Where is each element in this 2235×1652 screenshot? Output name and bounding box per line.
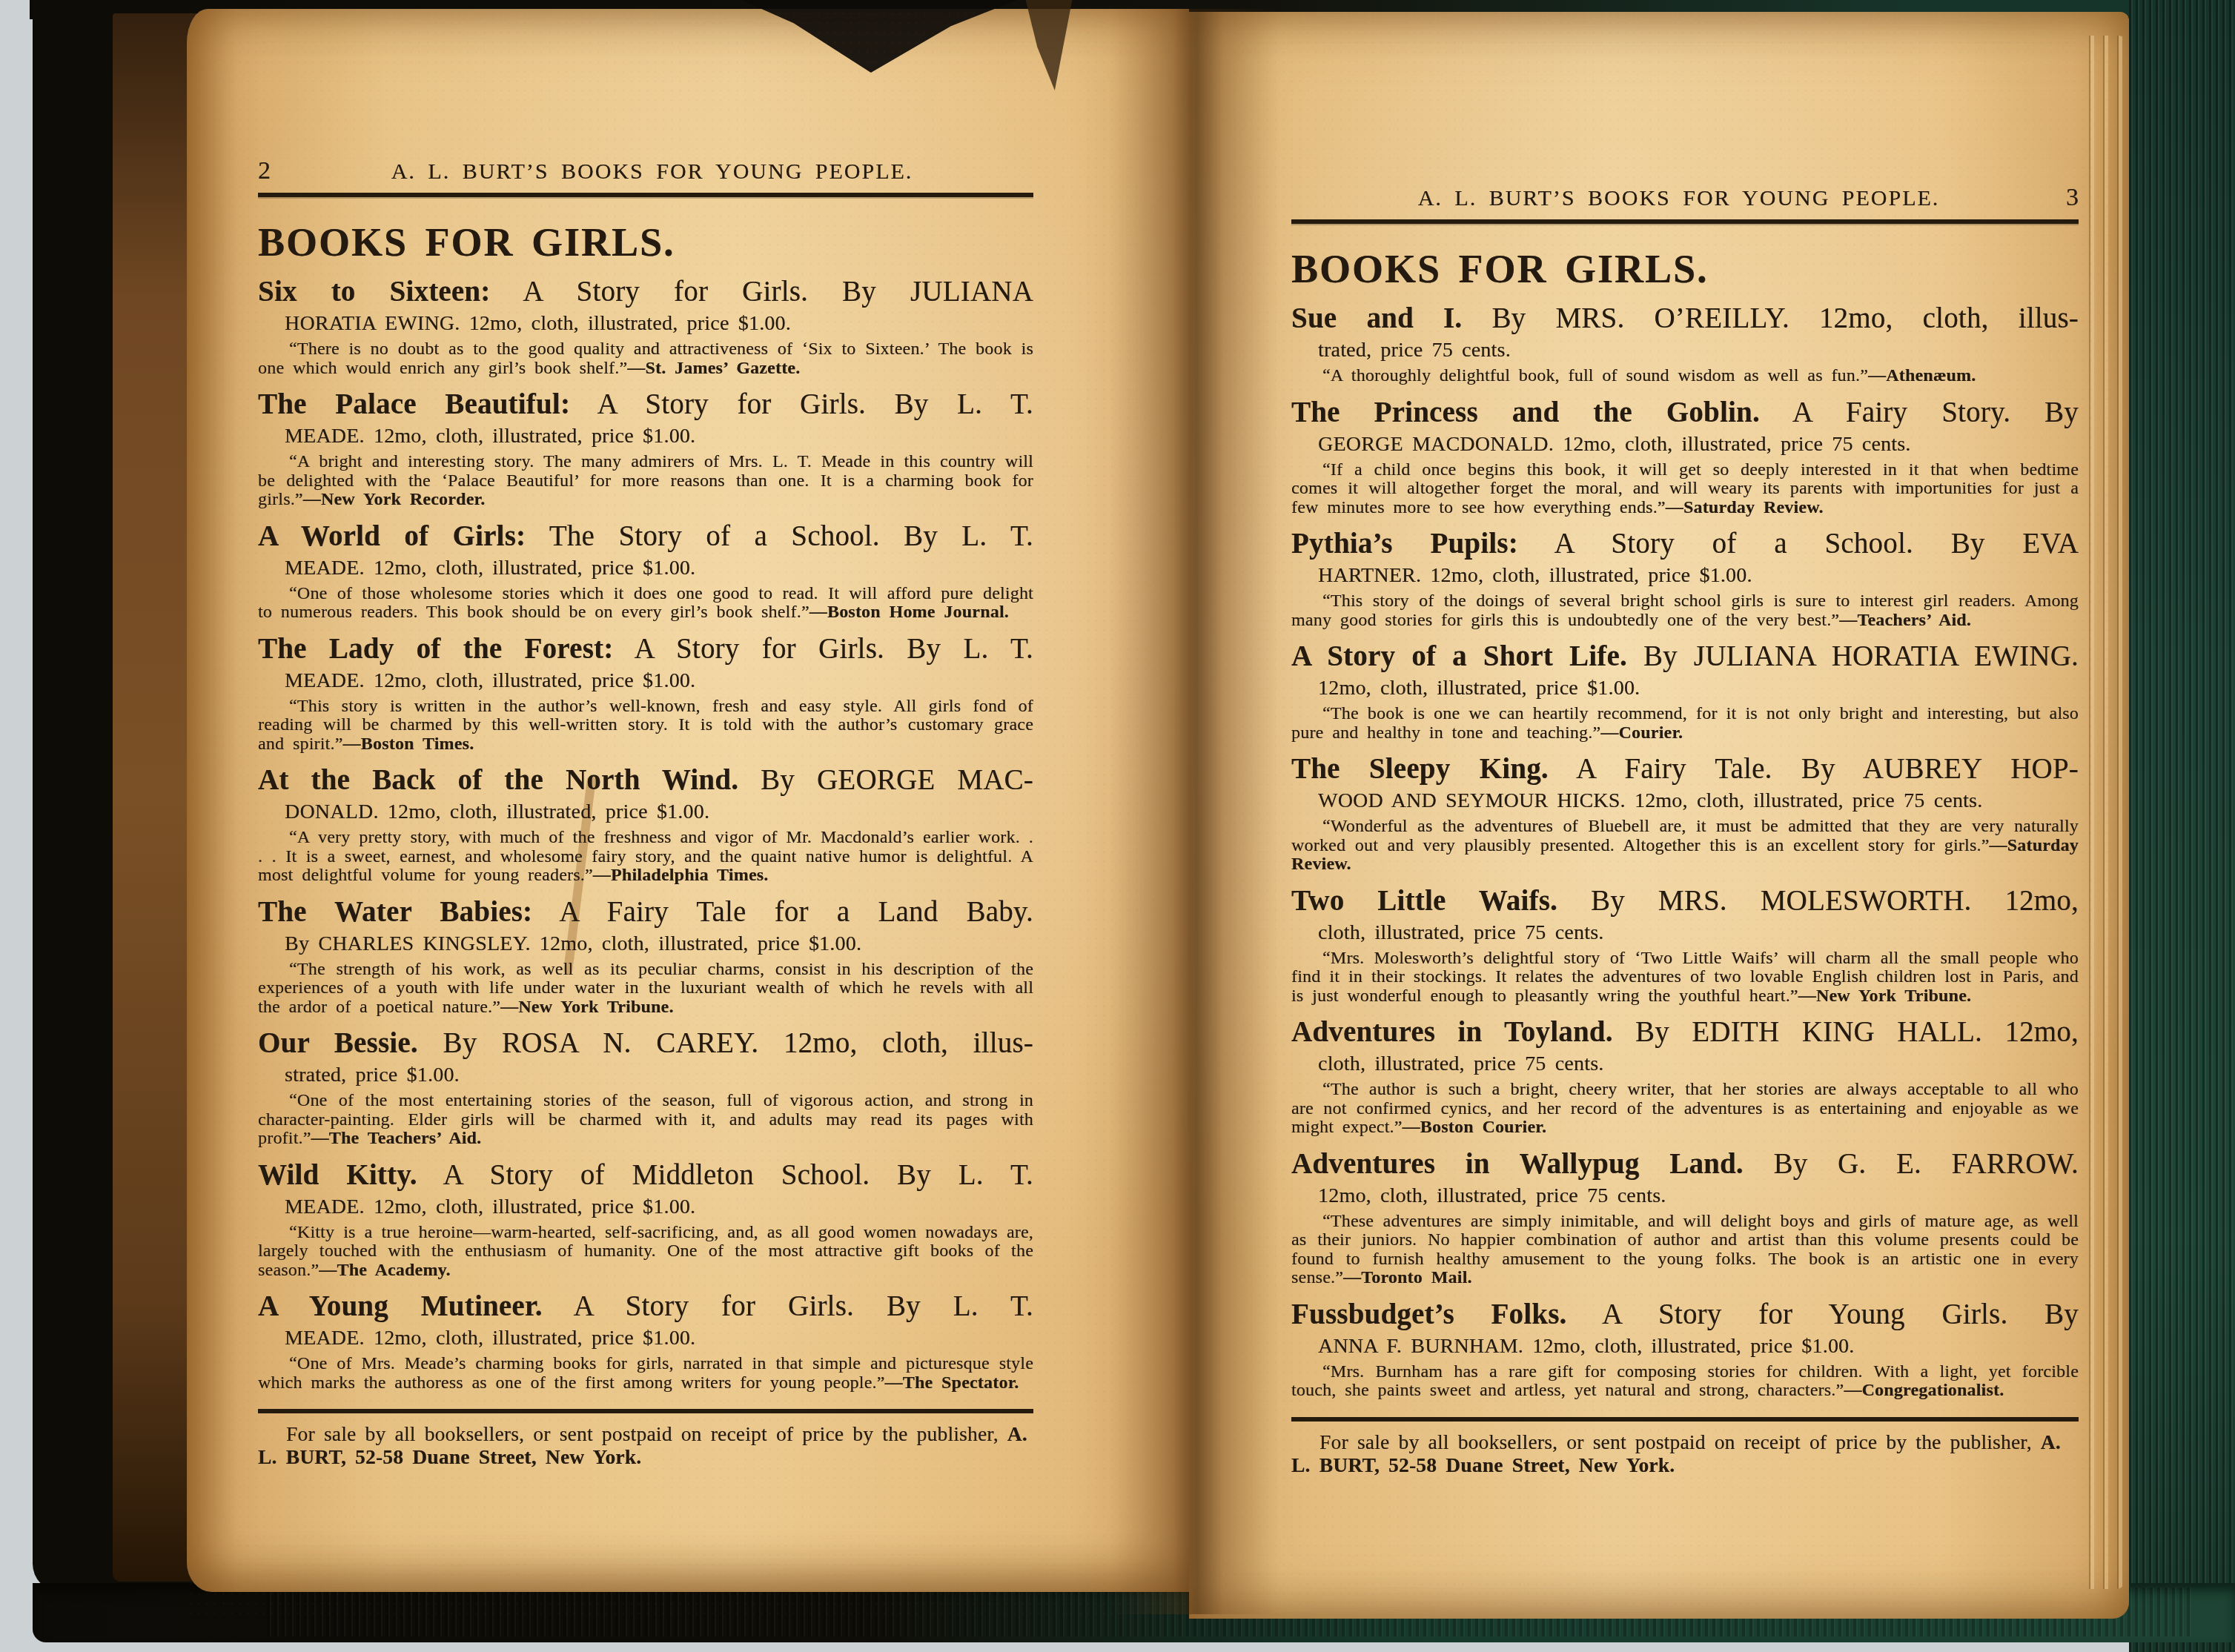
entry-meta: GEORGE MACDONALD. 12mo, cloth, illustrat…	[1291, 433, 2079, 456]
right-entries-list: Sue and I. By MRS. O’REILLY. 12mo, cloth…	[1291, 302, 2079, 1401]
entry-heading-rest: A Story for Girls. By JULIANA	[490, 276, 1033, 308]
entry-quote: “If a child once begins this book, it wi…	[1291, 461, 2079, 518]
entry-quote: “The author is such a bright, cheery wri…	[1291, 1081, 2079, 1138]
section-title: BOOKS FOR GIRLS.	[258, 219, 1033, 265]
entry-title: Wild Kitty.	[258, 1159, 417, 1191]
entry-heading: At the Back of the North Wind. By GEORGE…	[258, 763, 1033, 797]
book-entry: The Palace Beautiful: A Story for Girls.…	[258, 388, 1033, 510]
entry-meta: HORATIA EWING. 12mo, cloth, illustrated,…	[258, 312, 1033, 335]
entry-quote: “The book is one we can heartily recomme…	[1291, 705, 2079, 743]
entry-quote-text: “The book is one we can heartily recomme…	[1291, 704, 2079, 743]
entry-title: The Lady of the Forest:	[258, 633, 613, 665]
entry-quote-source: —New York Tribune.	[500, 998, 674, 1017]
entry-quote-source: —Saturday Review.	[1666, 498, 1824, 517]
page-number: 3	[2066, 184, 2079, 212]
footer-text: For sale by all booksellers, or sent pos…	[286, 1422, 1007, 1445]
entry-heading: The Sleepy King. A Fairy Tale. By AUBREY…	[1291, 752, 2079, 786]
entry-quote: “A bright and interesting story. The man…	[258, 453, 1033, 510]
page-number: 2	[258, 157, 271, 185]
entry-title: The Princess and the Goblin.	[1291, 397, 1760, 428]
entry-heading-rest: A Story for Young Girls. By	[1567, 1298, 2079, 1330]
book-entry: Six to Sixteen: A Story for Girls. By JU…	[258, 275, 1033, 378]
book-entry: Adventures in Wallypug Land. By G. E. FA…	[1291, 1147, 2079, 1288]
entry-quote-source: —Boston Times.	[343, 734, 474, 754]
entry-title: A Story of a Short Life.	[1291, 640, 1627, 672]
entry-title: The Sleepy King.	[1291, 753, 1549, 785]
entry-heading-rest: A Fairy Story. By	[1760, 397, 2079, 428]
entry-title: A World of Girls:	[258, 520, 526, 552]
book-cloth-right-edge	[2129, 0, 2235, 1652]
entry-title: Six to Sixteen:	[258, 276, 490, 308]
entry-title: Our Bessie.	[258, 1027, 418, 1059]
entry-heading: The Princess and the Goblin. A Fairy Sto…	[1291, 396, 2079, 430]
entry-heading: A Story of a Short Life. By JULIANA HORA…	[1291, 640, 2079, 674]
entry-heading: The Palace Beautiful: A Story for Girls.…	[258, 388, 1033, 422]
right-page-footer: For sale by all booksellers, or sent pos…	[1291, 1417, 2079, 1476]
entry-heading: The Water Babies: A Fairy Tale for a Lan…	[258, 895, 1033, 929]
entry-title: Sue and I.	[1291, 302, 1462, 334]
entry-heading: A World of Girls: The Story of a School.…	[258, 520, 1033, 554]
entry-heading-rest: By G. E. FARROW.	[1744, 1148, 2079, 1180]
entry-heading: Sue and I. By MRS. O’REILLY. 12mo, cloth…	[1291, 302, 2079, 336]
left-page-content: 2 A. L. BURT’S BOOKS FOR YOUNG PEOPLE. B…	[258, 157, 1033, 1489]
book-entry: Fussbudget’s Folks. A Story for Young Gi…	[1291, 1298, 2079, 1401]
header-rule	[258, 193, 1033, 197]
entry-meta: MEADE. 12mo, cloth, illustrated, price $…	[258, 425, 1033, 448]
entry-quote-text: “Wonderful as the adventures of Bluebell…	[1291, 817, 2079, 855]
entry-quote-source: —The Spectator.	[885, 1373, 1019, 1393]
entry-quote: “A very pretty story, with much of the f…	[258, 829, 1033, 886]
entry-heading: Adventures in Wallypug Land. By G. E. FA…	[1291, 1147, 2079, 1181]
entry-meta: MEADE. 12mo, cloth, illustrated, price $…	[258, 1195, 1033, 1218]
entry-meta: WOOD AND SEYMOUR HICKS. 12mo, cloth, ill…	[1291, 789, 2079, 812]
entry-heading-rest: A Story of Middleton School. By L. T.	[417, 1159, 1033, 1191]
entry-meta: 12mo, cloth, illustrated, price 75 cents…	[1291, 1184, 2079, 1207]
header-rule	[1291, 219, 2079, 224]
entry-heading-rest: A Story for Girls. By L. T.	[570, 388, 1033, 420]
entry-heading: Six to Sixteen: A Story for Girls. By JU…	[258, 275, 1033, 309]
entry-meta: MEADE. 12mo, cloth, illustrated, price $…	[258, 669, 1033, 692]
left-entries-list: Six to Sixteen: A Story for Girls. By JU…	[258, 275, 1033, 1393]
entry-heading-rest: A Fairy Tale. By AUBREY HOP-	[1549, 753, 2079, 785]
entry-quote: “One of those wholesome stories which it…	[258, 585, 1033, 623]
entry-quote: “The strength of his work, as well as it…	[258, 961, 1033, 1018]
book-entry: Wild Kitty. A Story of Middleton School.…	[258, 1158, 1033, 1281]
entry-quote: “Wonderful as the adventures of Bluebell…	[1291, 817, 2079, 875]
entry-title: At the Back of the North Wind.	[258, 764, 738, 796]
entry-heading: Wild Kitty. A Story of Middleton School.…	[258, 1158, 1033, 1192]
entry-quote-source: —Courier.	[1600, 723, 1683, 743]
entry-heading: Our Bessie. By ROSA N. CAREY. 12mo, clot…	[258, 1026, 1033, 1061]
entry-heading-rest: A Fairy Tale for a Land Baby.	[532, 896, 1033, 928]
entry-heading-rest: By ROSA N. CAREY. 12mo, cloth, illus-	[418, 1027, 1033, 1059]
entry-title: Two Little Waifs.	[1291, 885, 1557, 917]
entry-meta: ANNA F. BURNHAM. 12mo, cloth, illustrate…	[1291, 1335, 2079, 1358]
entry-heading: Two Little Waifs. By MRS. MOLESWORTH. 12…	[1291, 884, 2079, 918]
footer-text: For sale by all booksellers, or sent pos…	[1320, 1430, 2041, 1453]
entry-quote-source: —Boston Home Journal.	[809, 603, 1009, 622]
entry-quote-source: —Teachers’ Aid.	[1839, 611, 1971, 630]
book-entry: Two Little Waifs. By MRS. MOLESWORTH. 12…	[1291, 884, 2079, 1006]
entry-title: The Palace Beautiful:	[258, 388, 570, 420]
entry-quote: “These adventures are simply inimitable,…	[1291, 1213, 2079, 1288]
entry-quote-source: —New York Recorder.	[303, 490, 486, 509]
entry-quote: “There is no doubt as to the good qualit…	[258, 340, 1033, 378]
entry-quote: “One of Mrs. Meade’s charming books for …	[258, 1355, 1033, 1393]
entry-quote-source: —Congregationalist.	[1844, 1381, 2004, 1400]
book-entry: The Water Babies: A Fairy Tale for a Lan…	[258, 895, 1033, 1018]
book-entry: Our Bessie. By ROSA N. CAREY. 12mo, clot…	[258, 1026, 1033, 1149]
entry-heading: A Young Mutineer. A Story for Girls. By …	[258, 1290, 1033, 1324]
entry-heading-rest: A Story for Girls. By L. T.	[613, 633, 1033, 665]
entry-heading: Adventures in Toyland. By EDITH KING HAL…	[1291, 1015, 2079, 1049]
entry-title: Adventures in Toyland.	[1291, 1016, 1613, 1048]
entry-quote: “One of the most entertaining stories of…	[258, 1092, 1033, 1149]
book-entry: A Story of a Short Life. By JULIANA HORA…	[1291, 640, 2079, 743]
entry-quote-source: —St. James’ Gazette.	[627, 359, 800, 378]
left-page-header: 2 A. L. BURT’S BOOKS FOR YOUNG PEOPLE.	[258, 157, 1033, 185]
book-entry: A World of Girls: The Story of a School.…	[258, 520, 1033, 623]
entry-quote: “Mrs. Burnham has a rare gift for compos…	[1291, 1363, 2079, 1401]
book-entry: Sue and I. By MRS. O’REILLY. 12mo, cloth…	[1291, 302, 2079, 386]
entry-meta: MEADE. 12mo, cloth, illustrated, price $…	[258, 1327, 1033, 1350]
entry-quote-source: —Toronto Mail.	[1343, 1268, 1472, 1287]
book-entry: The Princess and the Goblin. A Fairy Sto…	[1291, 396, 2079, 518]
entry-meta: strated, price $1.00.	[258, 1064, 1033, 1087]
entry-quote-source: —Philadelphia Times.	[593, 866, 769, 885]
entry-quote-source: —The Teachers’ Aid.	[311, 1129, 482, 1148]
entry-quote-source: —Boston Courier.	[1403, 1118, 1547, 1137]
entry-title: Adventures in Wallypug Land.	[1291, 1148, 1744, 1180]
book-entry: Pythia’s Pupils: A Story of a School. By…	[1291, 527, 2079, 630]
entry-quote: “This story is written in the author’s w…	[258, 697, 1033, 754]
entry-heading: Fussbudget’s Folks. A Story for Young Gi…	[1291, 1298, 2079, 1332]
entry-title: The Water Babies:	[258, 896, 532, 928]
entry-meta: 12mo, cloth, illustrated, price $1.00.	[1291, 677, 2079, 700]
entry-title: Fussbudget’s Folks.	[1291, 1298, 1567, 1330]
entry-heading-rest: A Story of a School. By EVA	[1518, 528, 2079, 560]
book-entry: A Young Mutineer. A Story for Girls. By …	[258, 1290, 1033, 1393]
entry-quote: “This story of the doings of several bri…	[1291, 592, 2079, 630]
entry-heading: Pythia’s Pupils: A Story of a School. By…	[1291, 527, 2079, 561]
entry-quote-text: “A thoroughly delightful book, full of s…	[1322, 366, 1868, 385]
book-entry: The Sleepy King. A Fairy Tale. By AUBREY…	[1291, 752, 2079, 875]
entry-meta: DONALD. 12mo, cloth, illustrated, price …	[258, 800, 1033, 823]
entry-meta: cloth, illustrated, price 75 cents.	[1291, 1052, 2079, 1075]
entry-quote: “Mrs. Molesworth’s delightful story of ‘…	[1291, 949, 2079, 1006]
running-title: A. L. BURT’S BOOKS FOR YOUNG PEOPLE.	[271, 159, 1033, 185]
entry-meta: By CHARLES KINGSLEY. 12mo, cloth, illust…	[258, 932, 1033, 955]
right-page-header: A. L. BURT’S BOOKS FOR YOUNG PEOPLE. 3	[1291, 184, 2079, 212]
book-entry: Adventures in Toyland. By EDITH KING HAL…	[1291, 1015, 2079, 1138]
entry-heading-rest: By MRS. O’REILLY. 12mo, cloth, illus-	[1462, 302, 2079, 334]
entry-meta: MEADE. 12mo, cloth, illustrated, price $…	[258, 557, 1033, 580]
entry-quote-source: —Athenæum.	[1868, 366, 1976, 385]
entry-heading-rest: A Story for Girls. By L. T.	[543, 1290, 1033, 1322]
entry-quote-source: —The Academy.	[319, 1261, 450, 1280]
entry-heading-rest: By MRS. MOLESWORTH. 12mo,	[1557, 885, 2079, 917]
section-title: BOOKS FOR GIRLS.	[1291, 246, 2079, 292]
book-entry: The Lady of the Forest: A Story for Girl…	[258, 632, 1033, 754]
entry-heading: The Lady of the Forest: A Story for Girl…	[258, 632, 1033, 666]
left-page-footer: For sale by all booksellers, or sent pos…	[258, 1409, 1033, 1468]
entry-title: Pythia’s Pupils:	[1291, 528, 1518, 560]
entry-heading-rest: By GEORGE MAC-	[738, 764, 1033, 796]
book-entry: At the Back of the North Wind. By GEORGE…	[258, 763, 1033, 886]
entry-meta: HARTNER. 12mo, cloth, illustrated, price…	[1291, 564, 2079, 587]
right-page-content: A. L. BURT’S BOOKS FOR YOUNG PEOPLE. 3 B…	[1291, 184, 2079, 1496]
entry-meta: trated, price 75 cents.	[1291, 339, 2079, 362]
entry-heading-rest: By EDITH KING HALL. 12mo,	[1613, 1016, 2079, 1048]
entry-title: A Young Mutineer.	[258, 1290, 543, 1322]
running-title: A. L. BURT’S BOOKS FOR YOUNG PEOPLE.	[1291, 186, 2066, 211]
entry-quote: “Kitty is a true heroine—warm-hearted, s…	[258, 1224, 1033, 1281]
entry-quote: “A thoroughly delightful book, full of s…	[1291, 367, 2079, 386]
entry-quote-source: —New York Tribune.	[1798, 986, 1972, 1006]
entry-heading-rest: The Story of a School. By L. T.	[526, 520, 1033, 552]
entry-meta: cloth, illustrated, price 75 cents.	[1291, 921, 2079, 944]
entry-heading-rest: By JULIANA HORATIA EWING.	[1627, 640, 2079, 672]
